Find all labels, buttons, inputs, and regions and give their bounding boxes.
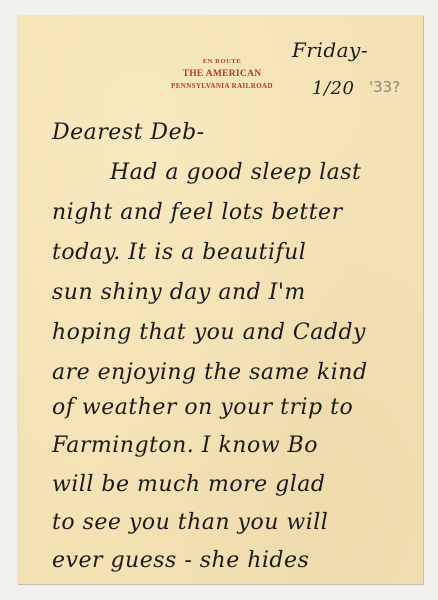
salutation: Dearest Deb- [52, 120, 205, 145]
body-line: Farmington. I know Bo [52, 433, 318, 458]
body-line: will be much more glad [52, 472, 326, 497]
date-number: 1/20 [312, 78, 354, 99]
body-line: of weather on your trip to [52, 395, 353, 420]
letterhead-railroad: PENNSYLVANIA RAILROAD [147, 83, 297, 90]
body-line: are enjoying the same kind [52, 360, 368, 385]
date-day: Friday- [292, 38, 368, 62]
body-line: night and feel lots better [52, 200, 343, 225]
body-line: Had a good sleep last [110, 160, 361, 185]
letterhead: EN ROUTE THE AMERICAN PENNSYLVANIA RAILR… [147, 59, 297, 90]
body-line: sun shiny day and I'm [52, 280, 306, 305]
body-line: ever guess - she hides [52, 548, 309, 573]
body-line: today. It is a beautiful [52, 240, 306, 265]
letterhead-title: THE AMERICAN [147, 70, 297, 80]
body-line: to see you than you will [52, 510, 328, 535]
letterhead-en-route: EN ROUTE [147, 59, 297, 66]
body-line: hoping that you and Caddy [52, 320, 366, 345]
archive-note: '33? [369, 78, 400, 96]
